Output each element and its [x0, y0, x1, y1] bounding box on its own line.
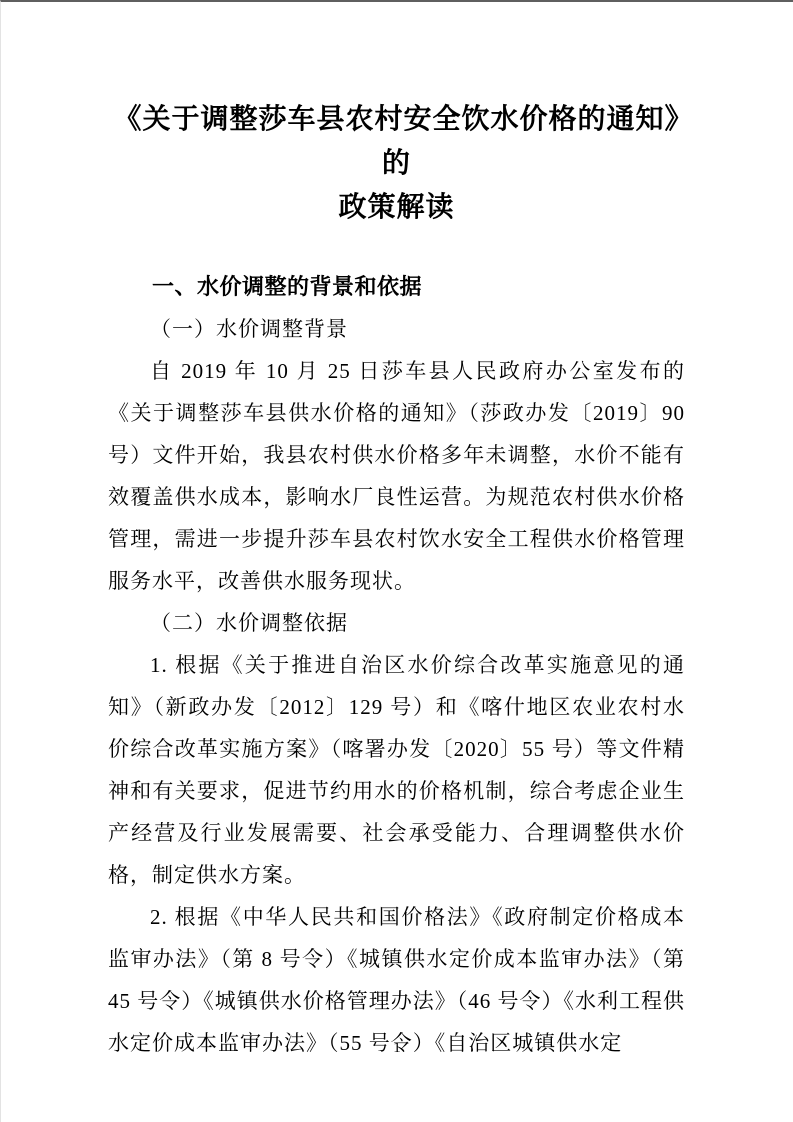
- paragraph-background: 自 2019 年 10 月 25 日莎车县人民政府办公室发布的《关于调整莎车县供…: [108, 350, 685, 602]
- page-number: 1: [1, 1038, 793, 1058]
- document-title: 《关于调整莎车县农村安全饮水价格的通知》的 政策解读: [108, 98, 685, 230]
- subsection-heading-1-1: （一）水价调整背景: [108, 308, 685, 350]
- subsection-heading-1-2: （二）水价调整依据: [108, 602, 685, 644]
- document-title-line-1: 《关于调整莎车县农村安全饮水价格的通知》的: [113, 104, 679, 179]
- document-body: 一、水价调整的背景和依据 （一）水价调整背景 自 2019 年 10 月 25 …: [108, 266, 685, 1064]
- document-page: 《关于调整莎车县农村安全饮水价格的通知》的 政策解读 一、水价调整的背景和依据 …: [0, 0, 793, 1122]
- document-title-line-2: 政策解读: [338, 192, 454, 223]
- section-heading-1: 一、水价调整的背景和依据: [108, 266, 685, 308]
- paragraph-basis-1: 1. 根据《关于推进自治区水价综合改革实施意见的通知》（新政办发〔2012〕12…: [108, 644, 685, 896]
